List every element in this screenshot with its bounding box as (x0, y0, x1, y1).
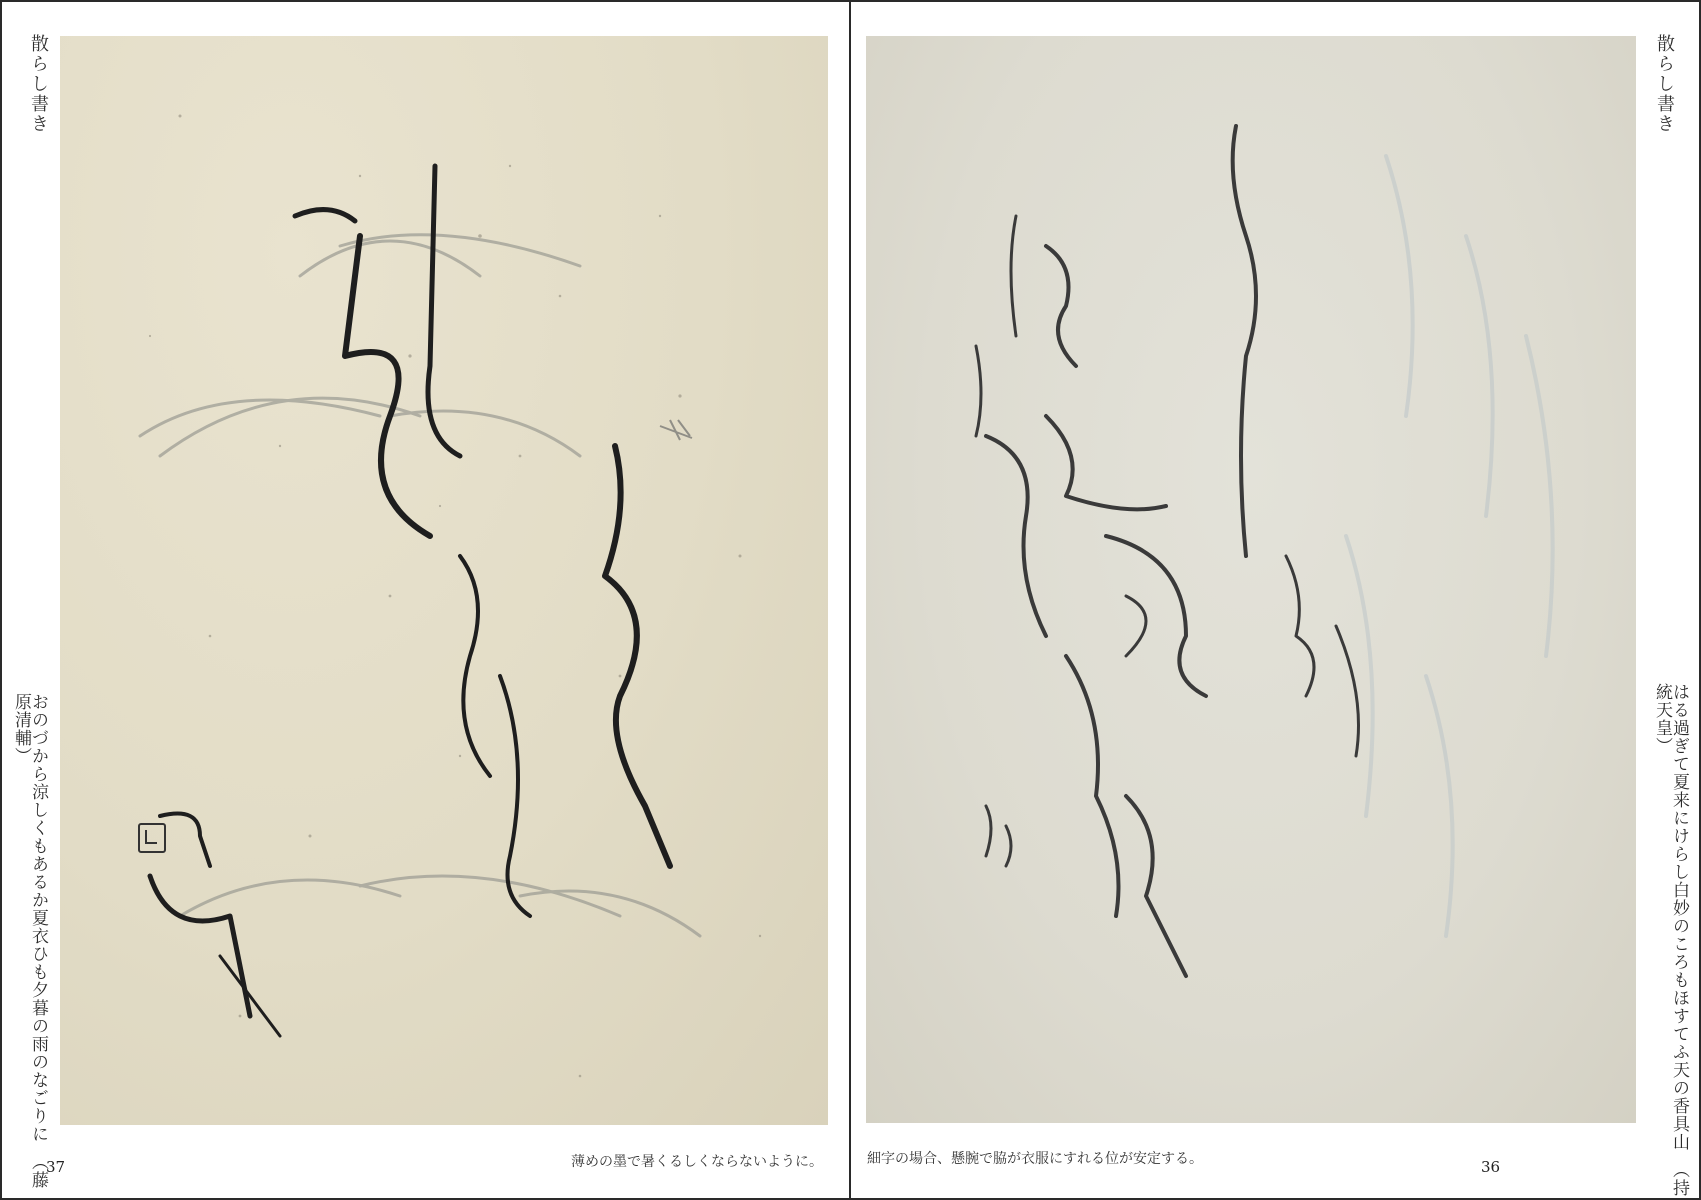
calligraphy-strokes (60, 36, 828, 1125)
poem-text: おのづから涼しくもあるか夏衣ひも夕暮の雨のなごりに（藤原清輔） (12, 693, 46, 1200)
section-header: 散らし書き (1655, 34, 1673, 134)
right-page: 散らし書き はる過ぎて夏来にけらし白妙のころもほすてふ天の香具山（持統天皇） 細… (851, 0, 1701, 1200)
red-seal-stamp (138, 823, 166, 853)
poem-body: おのづから涼しくもあるか夏衣ひも夕暮の雨のなごりに (28, 693, 48, 1143)
left-page: 散らし書き (0, 0, 849, 1200)
page-caption: 細字の場合、懸腕で脇が衣服にすれる位が安定する。 (867, 1148, 1203, 1168)
poem-body: はる過ぎて夏来にけらし白妙のころもほすてふ天の香具山 (1669, 683, 1689, 1151)
page-caption: 薄めの墨で暑くるしくならないように。 (571, 1151, 823, 1171)
calligraphy-artwork-right (866, 36, 1636, 1123)
section-header: 散らし書き (29, 34, 47, 134)
page-number: 36 (1481, 1158, 1500, 1176)
calligraphy-strokes (866, 36, 1636, 1123)
poem-text: はる過ぎて夏来にけらし白妙のころもほすてふ天の香具山（持統天皇） (1653, 683, 1687, 1200)
page-number: 37 (46, 1158, 65, 1176)
calligraphy-artwork-left (60, 36, 828, 1125)
